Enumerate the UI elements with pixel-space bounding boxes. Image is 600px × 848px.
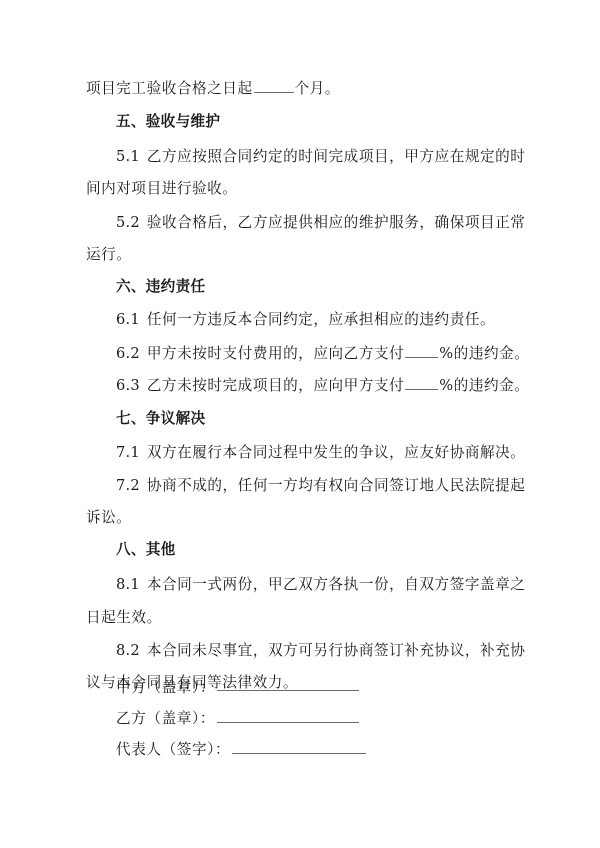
- clause-5-1-line1: 5.1乙方应按照合同约定的时间完成项目，甲方应在规定的时: [116, 147, 510, 167]
- clause-text: 协商不成的，任何一方均有权向合同签订地人民法院提起: [147, 477, 526, 494]
- clause-text: 任何一方违反本合同约定，应承担相应的违约责任。: [147, 311, 495, 328]
- clause-6-2: 6.2甲方未按时支付费用的，应向乙方支付%的违约金。: [116, 343, 510, 364]
- clause-text: 乙方应按照合同约定的时间完成项目，甲方应在规定的时: [147, 148, 526, 165]
- clause-number: 7.1: [116, 444, 140, 461]
- clause-5-2-line1: 5.2验收合格后，乙方应提供相应的维护服务，确保项目正常: [116, 213, 510, 233]
- clause-7-1: 7.1双方在履行本合同过程中发生的争议，应友好协商解决。: [116, 443, 510, 463]
- text: 项目完工验收合格之日起: [86, 80, 253, 97]
- clause-7-2-line1: 7.2协商不成的，任何一方均有权向合同签订地人民法院提起: [116, 476, 510, 496]
- signature-party-b-line[interactable]: [217, 722, 359, 723]
- text: 个月。: [295, 80, 340, 97]
- signature-representative-label: 代表人（签字）：: [116, 740, 230, 760]
- clause-text: 乙方未按时完成项目的，应向甲方支付: [147, 377, 404, 394]
- clause-number: 5.2: [116, 214, 140, 231]
- clause-7-2-line2: 诉讼。: [86, 508, 510, 528]
- clause-8-1-line1: 8.1本合同一式两份，甲乙双方各执一份，自双方签字盖章之: [116, 575, 510, 595]
- section-heading-8: 八、其他: [116, 540, 510, 560]
- clause-text: 验收合格后，乙方应提供相应的维护服务，确保项目正常: [147, 214, 526, 231]
- section-heading-5: 五、验收与维护: [116, 112, 510, 132]
- signature-party-a-label: 甲方（盖章）：: [116, 678, 215, 698]
- clause-text: %的违约金。: [439, 345, 529, 362]
- clause-6-1: 6.1任何一方违反本合同约定，应承担相应的违约责任。: [116, 310, 510, 330]
- fill-in-blank-months[interactable]: [254, 78, 294, 93]
- clause-text: 本合同一式两份，甲乙双方各执一份，自双方签字盖章之: [147, 576, 526, 593]
- fill-in-blank-penalty-percent-a[interactable]: [405, 343, 438, 358]
- clause-text: %的违约金。: [439, 377, 529, 394]
- clause-number: 8.1: [116, 576, 140, 593]
- clause-8-1-line2: 日起生效。: [86, 608, 510, 628]
- clause-8-2-line1: 8.2本合同未尽事宜，双方可另行协商签订补充协议，补充协: [116, 641, 510, 661]
- clause-5-2-line2: 运行。: [86, 245, 510, 265]
- clause-6-3: 6.3乙方未按时完成项目的，应向甲方支付%的违约金。: [116, 375, 510, 396]
- section-heading-6: 六、违约责任: [116, 277, 510, 297]
- continuation-line: 项目完工验收合格之日起个月。: [86, 78, 510, 99]
- clause-number: 8.2: [116, 642, 140, 659]
- clause-number: 7.2: [116, 477, 140, 494]
- clause-5-1-line2: 间内对项目进行验收。: [86, 179, 510, 199]
- clause-number: 5.1: [116, 148, 140, 165]
- fill-in-blank-penalty-percent-b[interactable]: [405, 375, 438, 390]
- document-page: 项目完工验收合格之日起个月。 五、验收与维护 5.1乙方应按照合同约定的时间完成…: [0, 0, 600, 848]
- clause-text: 甲方未按时支付费用的，应向乙方支付: [147, 345, 404, 362]
- clause-text: 本合同未尽事宜，双方可另行协商签订补充协议，补充协: [147, 642, 526, 659]
- clause-number: 6.3: [116, 377, 140, 394]
- section-heading-7: 七、争议解决: [116, 409, 510, 429]
- signature-party-b-label: 乙方（盖章）：: [116, 709, 215, 729]
- clause-text: 双方在履行本合同过程中发生的争议，应友好协商解决。: [147, 444, 526, 461]
- clause-number: 6.2: [116, 345, 140, 362]
- signature-representative-line[interactable]: [232, 753, 366, 754]
- clause-number: 6.1: [116, 311, 140, 328]
- signature-party-a-line[interactable]: [217, 690, 359, 691]
